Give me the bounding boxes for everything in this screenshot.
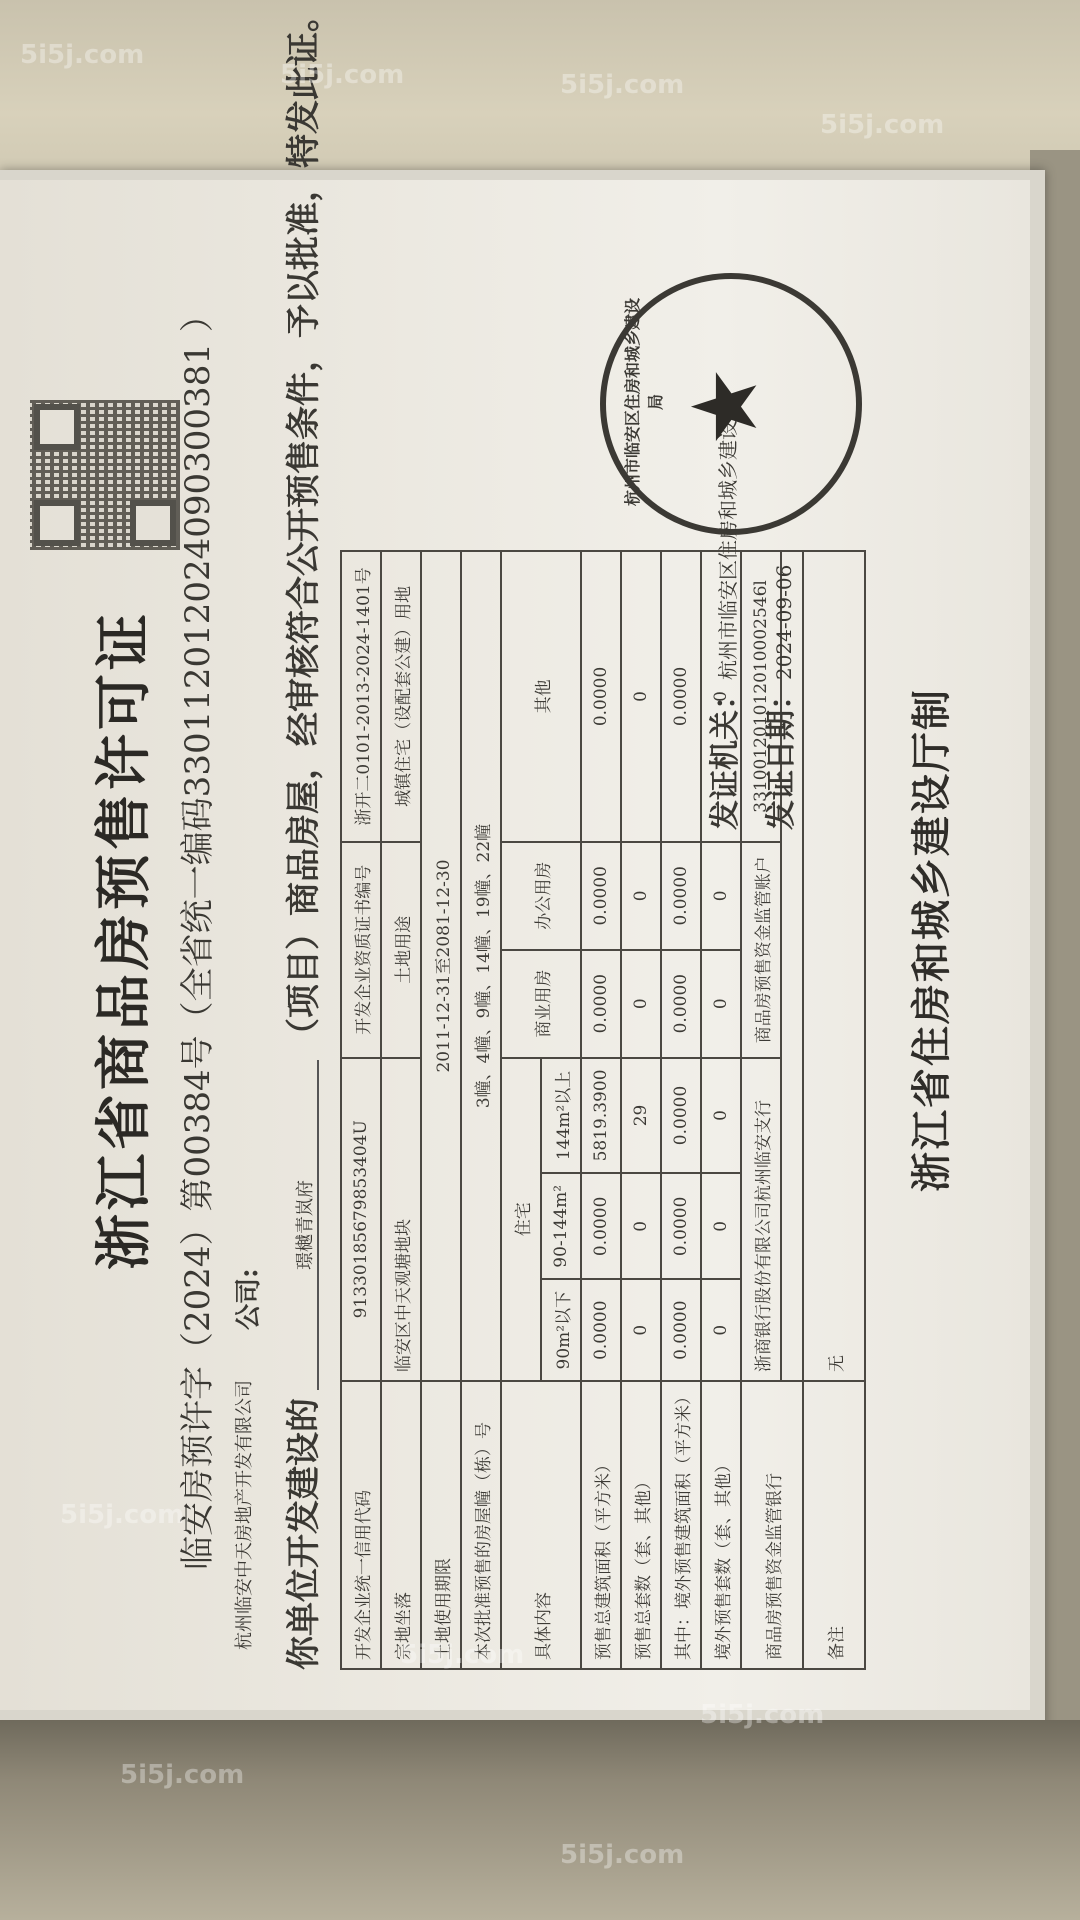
table-label: 境外预售套数（套、其他） bbox=[701, 1381, 741, 1669]
table-label: 开发企业资质证书编号 bbox=[341, 842, 381, 1058]
intro-suffix: （项目）商品房屋，经审核符合公开预售条件，予以批准，特发此证。 bbox=[284, 0, 324, 1052]
table-label: 备注 bbox=[803, 1381, 865, 1669]
table-cell: 0 bbox=[621, 842, 661, 950]
table-cell: 0 bbox=[621, 1279, 661, 1381]
table-row: 土地使用期限 2011-12-31至2081-12-30 bbox=[421, 551, 461, 1669]
intro-prefix: 你单位开发建设的 bbox=[284, 1398, 324, 1670]
column-header: 商业用房 bbox=[501, 950, 581, 1058]
presale-permit-document: 浙江省商品房预售许可证 临安房预许字（2024）第00384号（全省统一编码33… bbox=[40, 190, 1040, 1690]
column-header: 办公用房 bbox=[501, 842, 581, 950]
issue-date-label: 发证日期： bbox=[764, 680, 799, 830]
table-cell: 0 bbox=[621, 1173, 661, 1279]
table-value: 浙商银行股份有限公司杭州临安支行 bbox=[741, 1058, 781, 1381]
table-cell: 29 bbox=[621, 1058, 661, 1174]
table-row: 具体内容 住宅 商业用房 办公用房 其他 bbox=[501, 551, 541, 1669]
table-row: 开发企业统一信用代码 91330185679853404U 开发企业资质证书编号… bbox=[341, 551, 381, 1669]
table-cell: 0.0000 bbox=[581, 1279, 621, 1381]
column-header: 90-144m² bbox=[541, 1173, 581, 1279]
table-row: 其中：境外预售建筑面积（平方米） 0.0000 0.0000 0.0000 0.… bbox=[661, 551, 701, 1669]
star-icon: ★ bbox=[681, 366, 771, 447]
issuer-label: 发证机关： bbox=[708, 680, 743, 830]
table-row: 预售总套数（套、其他） 0 0 29 0 0 0 bbox=[621, 551, 661, 1669]
table-cell: 0.0000 bbox=[581, 551, 621, 842]
table-value: 临安区中天观塘地块 bbox=[381, 1058, 421, 1381]
table-cell: 0 bbox=[621, 950, 661, 1058]
column-group-header: 住宅 bbox=[501, 1058, 541, 1381]
developer-company: 杭州临安中天房地产开发有限公司 bbox=[230, 1380, 256, 1650]
table-row: 预售总建筑面积（平方米） 0.0000 0.0000 5819.3900 0.0… bbox=[581, 551, 621, 1669]
project-name: 璟樾青岚府 bbox=[291, 1060, 319, 1390]
approval-statement: 你单位开发建设的璟樾青岚府（项目）商品房屋，经审核符合公开预售条件，予以批准，特… bbox=[276, 0, 325, 1670]
table-label: 商品房预售资金监管账户 bbox=[741, 842, 781, 1058]
qr-finder-icon bbox=[34, 404, 80, 450]
table-label: 具体内容 bbox=[501, 1381, 581, 1669]
issue-date-value: 2024-09-06 bbox=[772, 565, 796, 680]
issuing-department: 浙江省住房和城乡建设厅制 bbox=[900, 190, 957, 1690]
table-cell: 0.0000 bbox=[661, 842, 701, 950]
table-cell: 0 bbox=[701, 842, 741, 950]
table-cell: 0 bbox=[701, 1173, 741, 1279]
seal-text: 杭州市临安区住房和城乡建设局 bbox=[620, 297, 666, 507]
table-cell: 0.0000 bbox=[661, 950, 701, 1058]
column-header: 144m²以上 bbox=[541, 1058, 581, 1174]
table-cell: 0 bbox=[701, 1279, 741, 1381]
table-label: 宗地坐落 bbox=[381, 1381, 421, 1669]
table-cell: 0.0000 bbox=[661, 551, 701, 842]
table-row: 备注 无 bbox=[803, 551, 865, 1669]
issue-date: 发证日期：2024-09-06 bbox=[756, 565, 800, 830]
table-cell: 5819.3900 bbox=[581, 1058, 621, 1174]
table-label: 预售总套数（套、其他） bbox=[621, 1381, 661, 1669]
table-value: 91330185679853404U bbox=[341, 1058, 381, 1381]
column-header: 其他 bbox=[501, 551, 581, 842]
table-label: 商品房预售资金监管银行 bbox=[741, 1381, 803, 1669]
display-frame-top bbox=[0, 0, 1080, 190]
official-seal-icon: 杭州市临安区住房和城乡建设局 ★ bbox=[600, 273, 862, 535]
table-cell: 0.0000 bbox=[661, 1279, 701, 1381]
table-row: 宗地坐落 临安区中天观塘地块 土地用途 城镇住宅（设配套公建）用地 bbox=[381, 551, 421, 1669]
table-value: 无 bbox=[803, 551, 865, 1381]
qr-code-icon bbox=[30, 400, 180, 550]
company-label: 公司: bbox=[228, 1268, 265, 1330]
table-value: 3幢、4幢、9幢、14幢、19幢、22幢 bbox=[461, 551, 501, 1381]
qr-finder-icon bbox=[130, 500, 176, 546]
table-label: 土地使用期限 bbox=[421, 1381, 461, 1669]
table-label: 其中：境外预售建筑面积（平方米） bbox=[661, 1381, 701, 1669]
table-label: 本次批准预售的房屋幢（栋）号 bbox=[461, 1381, 501, 1669]
table-cell: 0 bbox=[621, 551, 661, 842]
table-row: 本次批准预售的房屋幢（栋）号 3幢、4幢、9幢、14幢、19幢、22幢 bbox=[461, 551, 501, 1669]
column-header: 90m²以下 bbox=[541, 1279, 581, 1381]
table-label: 土地用途 bbox=[381, 842, 421, 1058]
display-frame-bottom bbox=[0, 1720, 1080, 1920]
table-label: 开发企业统一信用代码 bbox=[341, 1381, 381, 1669]
table-cell: 0.0000 bbox=[581, 1173, 621, 1279]
table-label: 预售总建筑面积（平方米） bbox=[581, 1381, 621, 1669]
table-cell: 0 bbox=[701, 950, 741, 1058]
table-cell: 0 bbox=[701, 1058, 741, 1174]
table-cell: 0.0000 bbox=[581, 842, 621, 950]
table-cell: 0.0000 bbox=[661, 1173, 701, 1279]
table-value: 2011-12-31至2081-12-30 bbox=[421, 551, 461, 1381]
table-value: 城镇住宅（设配套公建）用地 bbox=[381, 551, 421, 842]
table-value: 浙开二0101-2013-2024-1401号 bbox=[341, 551, 381, 842]
table-cell: 0.0000 bbox=[581, 950, 621, 1058]
table-cell: 0.0000 bbox=[661, 1058, 701, 1174]
qr-finder-icon bbox=[34, 500, 80, 546]
